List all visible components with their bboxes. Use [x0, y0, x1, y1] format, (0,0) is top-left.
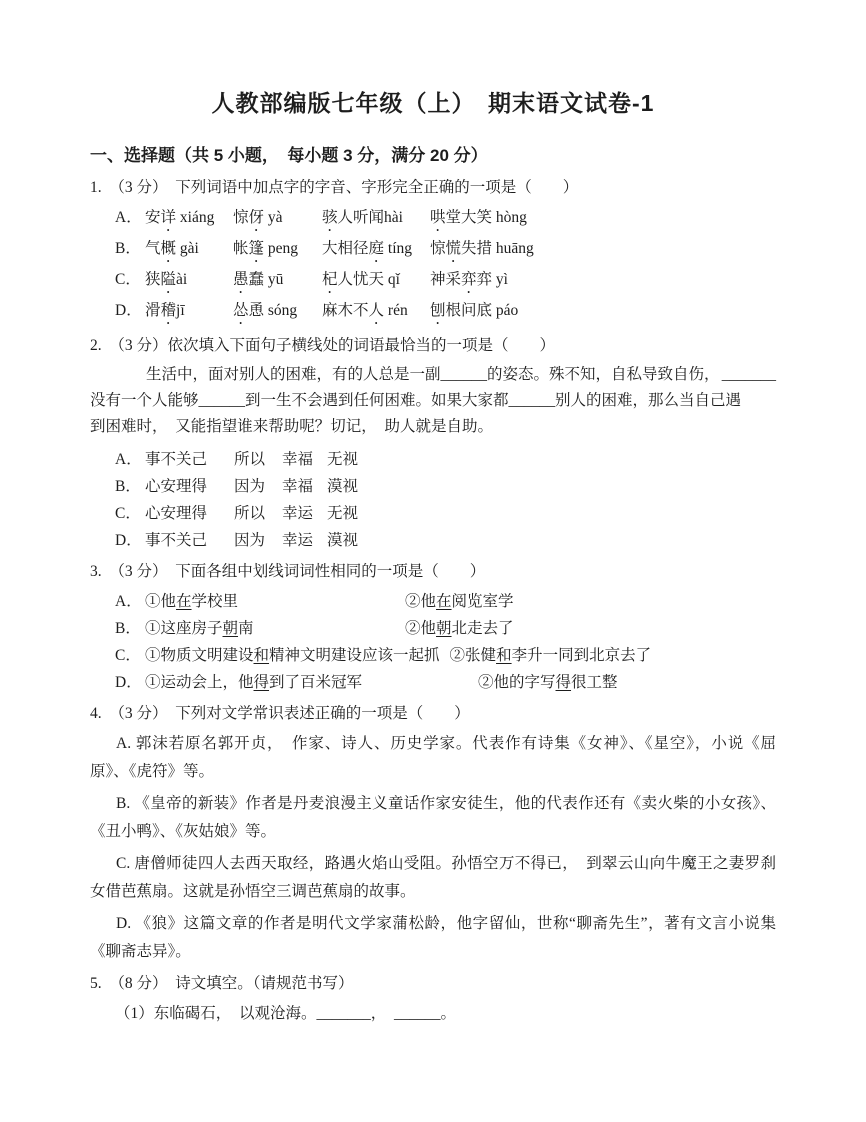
option-label: B．	[115, 473, 145, 500]
q2-word-cell: 所以	[234, 500, 282, 527]
passage-line: 生活中，面对别人的困难，有的人总是一副______的姿态。殊不知，自私导致自伤，…	[90, 362, 776, 388]
q3-option-b: B． ①这座房子朝南 ②他朝北走去了	[115, 615, 776, 642]
q4-option-b: B. 《皇帝的新装》作者是丹麦浪漫主义童话作家安徒生，他的代表作还有《卖火柴的小…	[90, 790, 776, 846]
q2-option-b: B． 心安理得 因为 幸福 漠视	[115, 473, 776, 500]
q3-clause-1: ①他在学校里	[145, 588, 405, 615]
passage-line: 没有一个人能够______到一生不会遇到任何困难。如果大家都______别人的困…	[90, 388, 776, 414]
option-label: D．	[115, 669, 145, 696]
q5-blank-line: （1）东临碣石， 以观沧海。_______， ______。	[115, 1000, 776, 1028]
q1-word-cell: 刨根问底 páo	[430, 297, 518, 328]
q1-word-cell: 狭隘ài	[145, 266, 233, 297]
q2-word-cell: 幸运	[282, 527, 327, 554]
q2-word-cell: 事不关己	[145, 527, 234, 554]
q3-stem: 3. （3 分） 下面各组中划线词词性相同的一项是（ ）	[90, 558, 776, 586]
q1-option-b: B． 气概 gài 帐篷 peng 大相径庭 tíng 惊慌失措 huāng	[115, 235, 776, 266]
q1-stem: 1. （3 分） 下列词语中加点字的字音、字形完全正确的一项是（ ）	[90, 174, 776, 202]
q2-word-cell: 心安理得	[145, 500, 234, 527]
passage-text: 到困难时， 又能指望谁来帮助呢？切记， 助人就是自助。	[90, 414, 493, 440]
q2-option-c: C． 心安理得 所以 幸运 无视	[115, 500, 776, 527]
q2-word-cell: 因为	[234, 473, 282, 500]
option-label: A．	[115, 446, 145, 473]
q4-option-a: A. 郭沫若原名郭开贞， 作家、诗人、历史学家。代表作有诗集《女神》、《星空》，…	[90, 730, 776, 786]
option-label: B．	[115, 235, 145, 266]
page-title: 人教部编版七年级（上） 期末语文试卷-1	[90, 88, 776, 118]
q2-word-cell: 幸福	[282, 446, 327, 473]
q1-word-cell: 惊伢 yà	[233, 204, 322, 235]
q3-options: A． ①他在学校里 ②他在阅览室学 B． ①这座房子朝南 ②他朝北走去了 C． …	[115, 588, 776, 696]
q1-word-cell: 惊慌失措 huāng	[430, 235, 534, 266]
fill-blank: _______	[722, 362, 776, 388]
q2-passage: 生活中，面对别人的困难，有的人总是一副______的姿态。殊不知，自私导致自伤，…	[90, 362, 776, 440]
q1-word-cell: 骇人听闻hài	[322, 204, 430, 235]
q2-word-cell: 所以	[234, 446, 282, 473]
q1-word-cell: 杞人忧天 qǐ	[322, 266, 430, 297]
q1-word-cell: 帐篷 peng	[233, 235, 322, 266]
q1-word-cell: 大相径庭 tíng	[322, 235, 430, 266]
option-label: C．	[115, 642, 145, 669]
option-label: C．	[115, 266, 145, 297]
q2-option-d: D． 事不关己 因为 幸运 漠视	[115, 527, 776, 554]
q3-clause-1: ①物质文明建设和精神文明建设应该一起抓	[145, 642, 440, 669]
q2-word-cell: 漠视	[327, 473, 358, 500]
passage-line: 到困难时， 又能指望谁来帮助呢？切记， 助人就是自助。	[90, 414, 776, 440]
q1-options: A． 安详 xiáng 惊伢 yà 骇人听闻hài 哄堂大笑 hòng B． 气…	[115, 204, 776, 328]
q2-word-cell: 心安理得	[145, 473, 234, 500]
option-label: D．	[115, 297, 145, 328]
q1-word-cell: 气概 gài	[145, 235, 233, 266]
q2-stem: 2. （3 分）依次填入下面句子横线处的词语最恰当的一项是（ ）	[90, 332, 776, 360]
option-label: D．	[115, 527, 145, 554]
q2-word-cell: 事不关己	[145, 446, 234, 473]
q1-word-cell: 愚蠢 yū	[233, 266, 322, 297]
q1-word-cell: 滑稽jī	[145, 297, 233, 328]
passage-text: 没有一个人能够______到一生不会遇到任何困难。如果大家都______别人的困…	[90, 388, 741, 414]
q1-word-cell: 麻木不人 rén	[322, 297, 430, 328]
q2-word-cell: 漠视	[327, 527, 358, 554]
q3-option-c: C． ①物质文明建设和精神文明建设应该一起抓 ②张健和李升一同到北京去了	[115, 642, 776, 669]
q3-option-d: D． ①运动会上，他得到了百米冠军 ②他的字写得很工整	[115, 669, 776, 696]
q2-option-a: A． 事不关己 所以 幸福 无视	[115, 446, 776, 473]
q4-stem: 4. （3 分） 下列对文学常识表述正确的一项是（ ）	[90, 700, 776, 728]
section-heading: 一、选择题（共 5 小题， 每小题 3 分，满分 20 分）	[90, 144, 776, 168]
q5-stem: 5. （8 分） 诗文填空。（请规范书写）	[90, 970, 776, 998]
q3-option-a: A． ①他在学校里 ②他在阅览室学	[115, 588, 776, 615]
q2-options: A． 事不关己 所以 幸福 无视 B． 心安理得 因为 幸福 漠视 C． 心安理…	[115, 446, 776, 554]
q2-word-cell: 幸福	[282, 473, 327, 500]
option-label: A．	[115, 588, 145, 615]
q2-word-cell: 因为	[234, 527, 282, 554]
q3-clause-2: ②他朝北走去了	[405, 615, 514, 642]
q1-option-d: D． 滑稽jī 怂恿 sóng 麻木不人 rén 刨根问底 páo	[115, 297, 776, 328]
q3-clause-2: ②他在阅览室学	[405, 588, 514, 615]
option-label: A．	[115, 204, 145, 235]
q4-option-d: D. 《狼》这篇文章的作者是明代文学家蒲松龄，他字留仙，世称“聊斋先生”，著有文…	[90, 910, 776, 966]
q1-option-a: A． 安详 xiáng 惊伢 yà 骇人听闻hài 哄堂大笑 hòng	[115, 204, 776, 235]
q3-clause-2: ②他的字写得很工整	[478, 669, 618, 696]
option-label: B．	[115, 615, 145, 642]
q1-word-cell: 怂恿 sóng	[233, 297, 322, 328]
q2-word-cell: 无视	[327, 446, 358, 473]
q1-word-cell: 安详 xiáng	[145, 204, 233, 235]
q2-word-cell: 无视	[327, 500, 358, 527]
q3-clause-1: ①这座房子朝南	[145, 615, 405, 642]
q3-clause-2: ②张健和李升一同到北京去了	[450, 642, 652, 669]
q1-word-cell: 哄堂大笑 hòng	[430, 204, 527, 235]
q3-clause-1: ①运动会上，他得到了百米冠军	[145, 669, 478, 696]
q1-word-cell: 神采弈弈 yì	[430, 266, 508, 297]
option-label: C．	[115, 500, 145, 527]
passage-text: 生活中，面对别人的困难，有的人总是一副______的姿态。殊不知，自私导致自伤，	[90, 362, 720, 388]
q4-option-c: C. 唐僧师徒四人去西天取经，路遇火焰山受阻。孙悟空万不得已， 到翠云山向牛魔王…	[90, 850, 776, 906]
q1-option-c: C． 狭隘ài 愚蠢 yū 杞人忧天 qǐ 神采弈弈 yì	[115, 266, 776, 297]
exam-page: 人教部编版七年级（上） 期末语文试卷-1 一、选择题（共 5 小题， 每小题 3…	[0, 0, 866, 1122]
q2-word-cell: 幸运	[282, 500, 327, 527]
